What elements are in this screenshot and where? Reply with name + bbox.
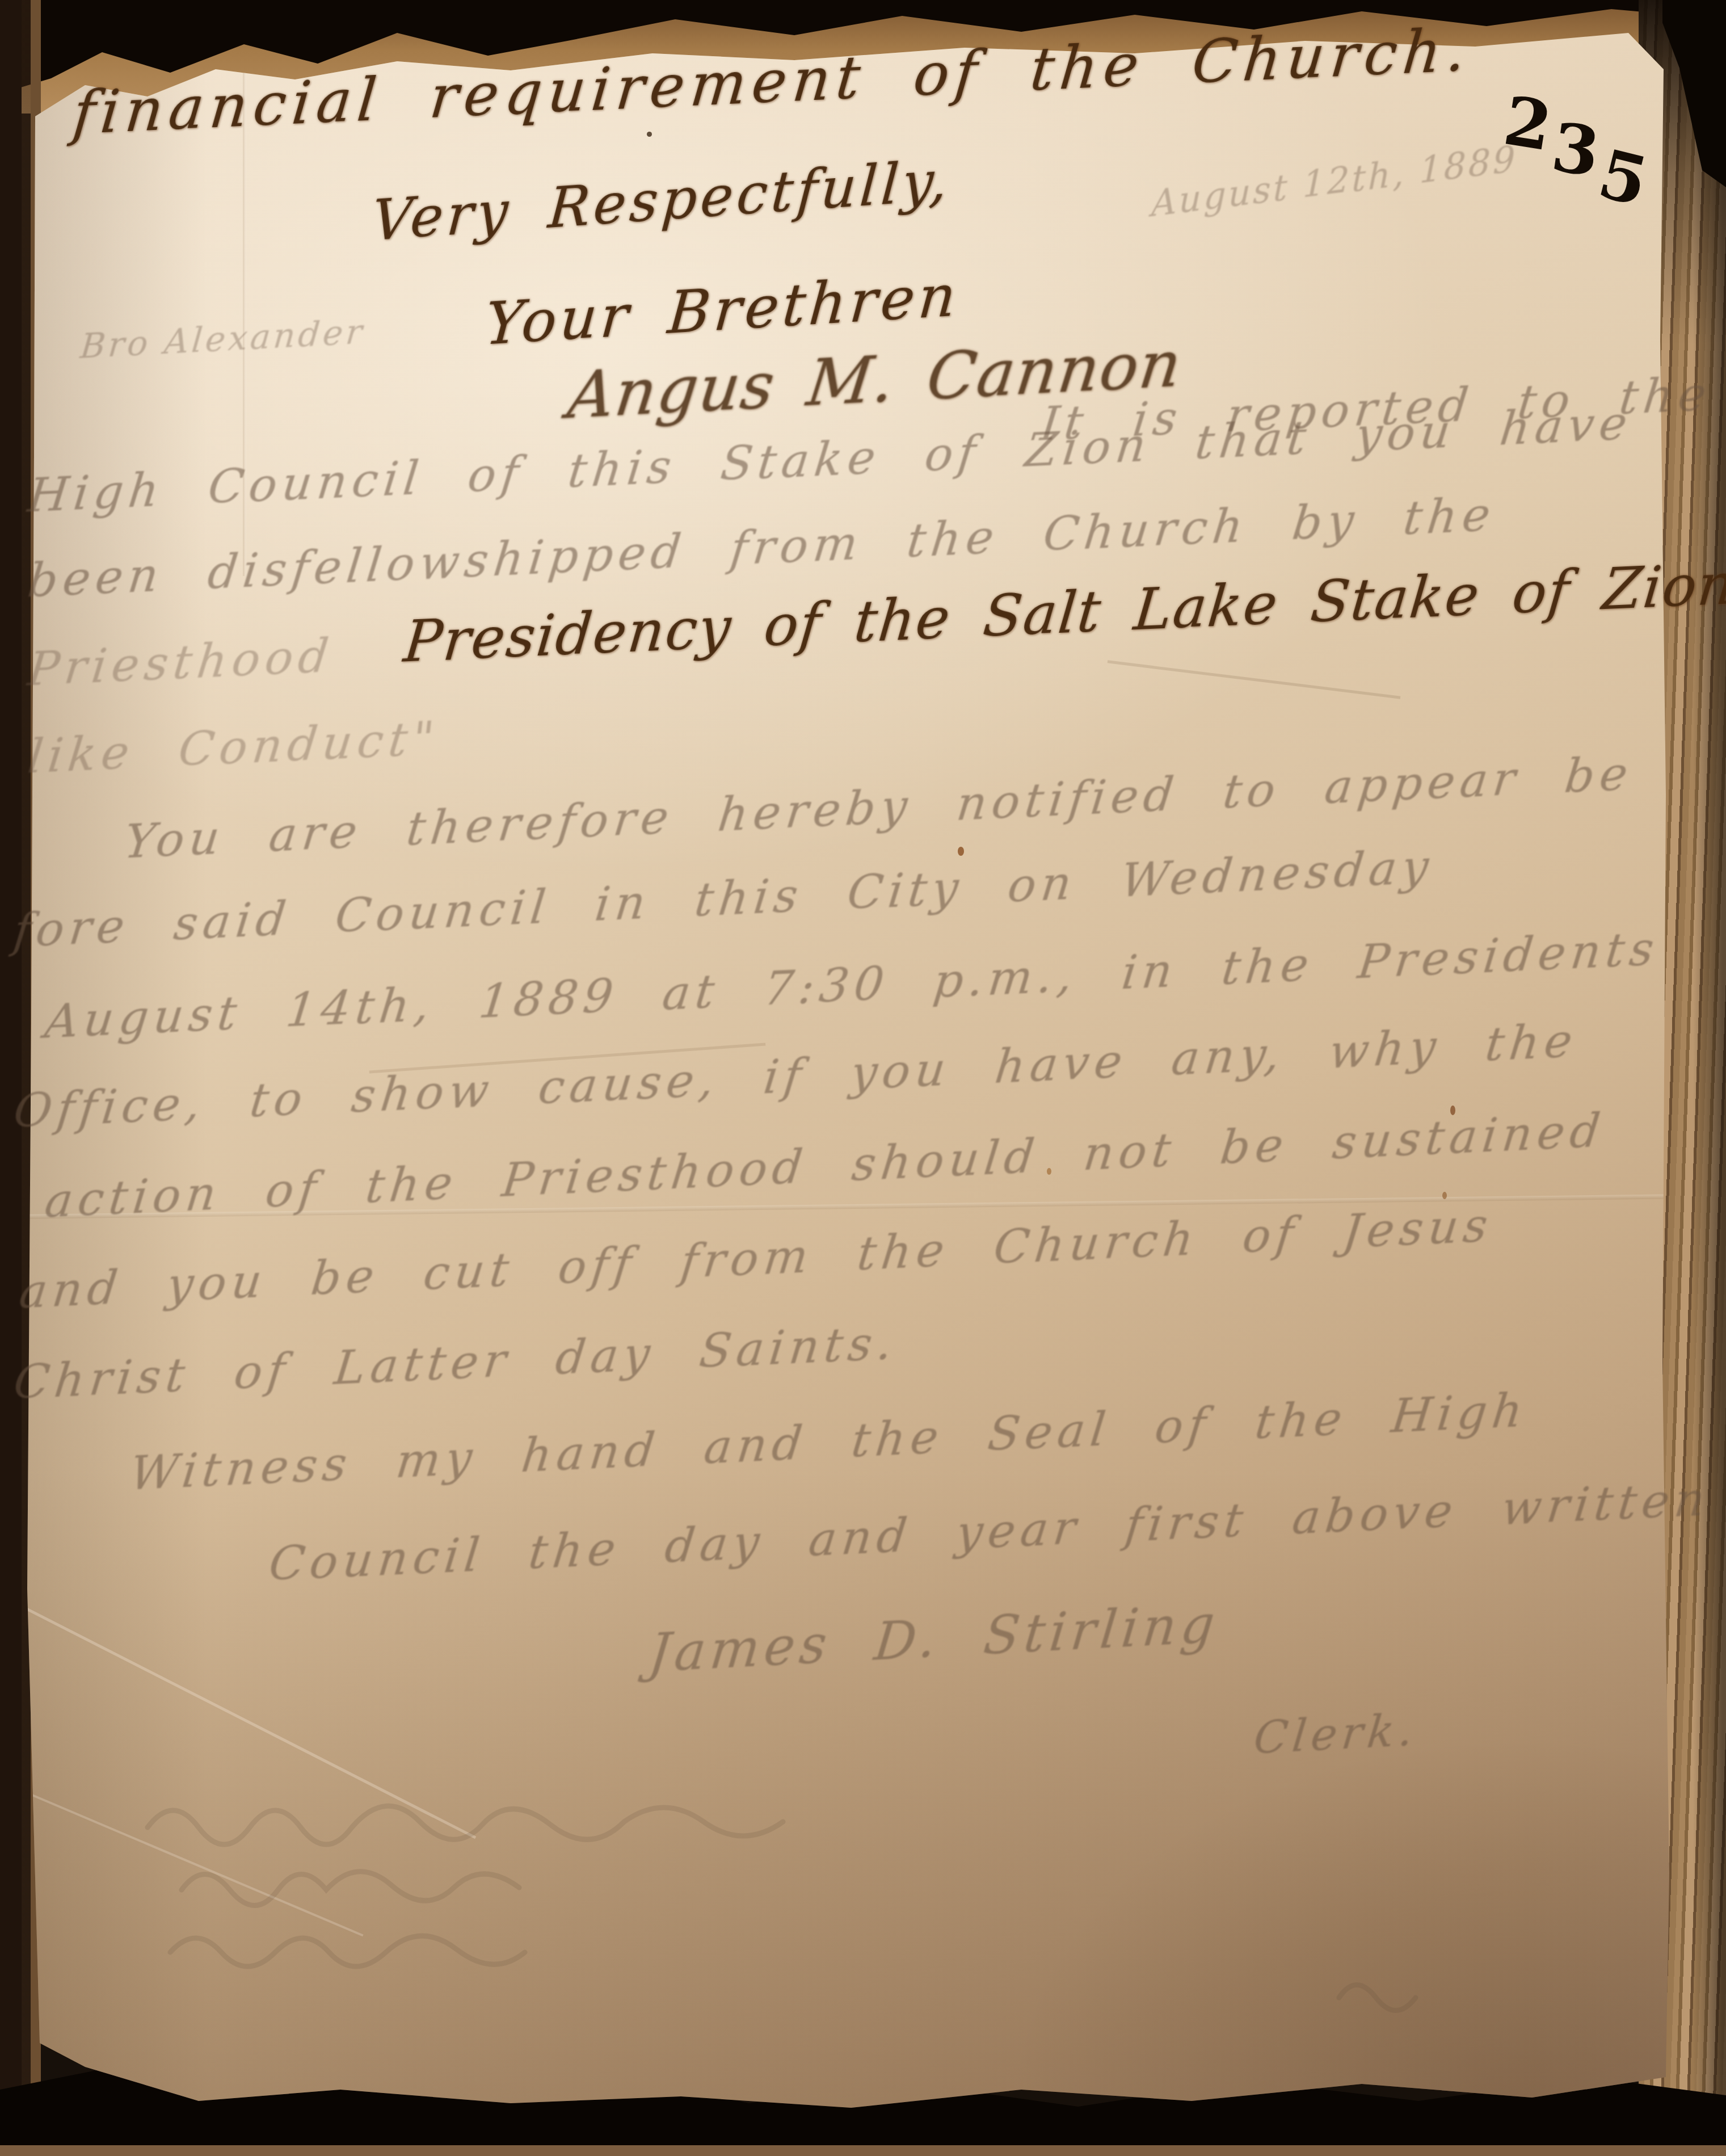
scanned-ledger-page-photo: 235 financial requirement of the Church.… (0, 0, 1726, 2156)
ink-speck (647, 132, 652, 137)
ink-speck (958, 847, 964, 856)
clerk-title: Clerk. (1251, 1704, 1420, 1764)
ink-speck (1442, 1192, 1447, 1199)
page-number-stamp: 235 (1505, 84, 1648, 163)
